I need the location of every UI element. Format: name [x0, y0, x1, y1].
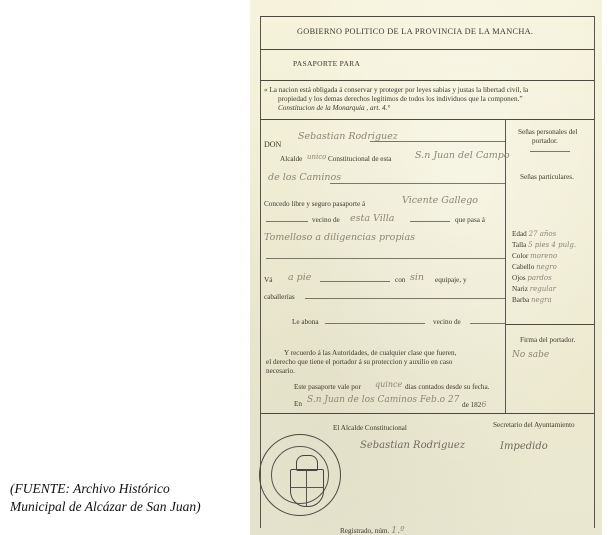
fill-line	[305, 298, 505, 299]
field-color: Color moreno	[512, 252, 557, 260]
secretario-label: Secretario del Ayuntamiento	[493, 421, 575, 429]
don-line: DON	[264, 134, 281, 152]
registro-value: 1.º	[391, 525, 405, 535]
field-ojos: Ojos pardos	[512, 274, 552, 282]
recuerdo-text-1: Y recuerdo á las Autoridades, de cualqui…	[284, 349, 456, 357]
field-label: Nariz	[512, 285, 528, 293]
field-value: negra	[531, 296, 552, 304]
va-label: Vá	[264, 276, 272, 284]
don-label: DON	[264, 140, 281, 149]
field-talla: Talla 5 pies 4 pulg.	[512, 241, 576, 249]
concedo-value: Vicente Gallego	[402, 195, 478, 206]
year-value: 6	[481, 400, 486, 409]
field-label: Color	[512, 252, 528, 260]
field-label: Barba	[512, 296, 529, 304]
firma-label: Firma del portador.	[520, 336, 575, 344]
senas-particulares: Señas particulares.	[520, 173, 574, 181]
header-title: GOBIERNO POLITICO DE LA PROVINCIA DE LA …	[297, 27, 533, 36]
rule	[260, 413, 594, 414]
column-divider	[505, 119, 506, 413]
side-title-line-1: Señas personales del	[518, 128, 577, 136]
field-value: 5 pies 4 pulg.	[528, 241, 576, 249]
field-label: Edad	[512, 230, 527, 238]
field-value: negro	[536, 263, 557, 271]
field-value: moreno	[530, 252, 557, 260]
fill-line	[330, 183, 505, 184]
alcalde-signature: Sebastian Rodriguez	[360, 440, 465, 451]
fill-line	[325, 323, 425, 324]
vecino-label: vecino de	[312, 216, 340, 224]
que-pasa-label: que pasa á	[455, 216, 485, 224]
constitution-quote-line-2: propiedad y los demas derechos legítimos…	[278, 95, 523, 103]
field-edad: Edad 27 años	[512, 230, 556, 238]
caption-line-1: (FUENTE: Archivo Histórico	[10, 480, 201, 498]
fill-line	[320, 281, 390, 282]
fill-line	[266, 258, 505, 259]
alcalde-mark: unico	[307, 153, 326, 161]
registro-label: Registrado, núm.	[340, 527, 389, 535]
le-abona-label: Le abona	[292, 318, 319, 326]
fill-line	[266, 221, 308, 222]
recuerdo-text-3: necesario.	[266, 367, 295, 375]
caballerias-label: caballerías	[264, 293, 295, 301]
fill-line	[410, 221, 450, 222]
field-label: Ojos	[512, 274, 526, 282]
coat-of-arms-shield-icon	[290, 469, 324, 507]
field-nariz: Nariz regular	[512, 285, 556, 293]
secretario-signature: Impedido	[500, 441, 548, 452]
fill-line	[530, 151, 570, 152]
rule	[260, 80, 594, 81]
place-value-2: de los Caminos	[268, 172, 341, 183]
official-seal	[259, 434, 341, 516]
field-value: pardos	[527, 274, 551, 282]
field-value: regular	[530, 285, 556, 293]
vecino-de-label-2: vecino de	[433, 318, 461, 326]
constitucional-label: Constitucional de esta	[328, 155, 391, 163]
concedo-label: Concedo libre y seguro pasaporte á	[264, 200, 365, 208]
en-value: S.n Juan de los Caminos Feb.o 27	[307, 395, 459, 405]
con-label: con	[395, 276, 405, 284]
registro-line: Registrado, núm. 1.º	[340, 525, 405, 535]
rule	[260, 119, 594, 120]
field-label: Cabello	[512, 263, 534, 271]
rule	[505, 324, 594, 325]
field-barba: Barba negra	[512, 296, 552, 304]
recuerdo-text-2: el derecho que tiene el portador á su pr…	[266, 358, 452, 366]
equipaje-label: equipaje, y	[435, 276, 467, 284]
year-label: de 1826	[462, 400, 486, 409]
constitution-quote-source: Constitucion de la Monarquía , art. 4.°	[278, 104, 390, 112]
destination-value: Tomelloso a diligencias propias	[264, 232, 415, 243]
side-title-line-2: portador.	[532, 137, 558, 145]
source-caption: (FUENTE: Archivo Histórico Municipal de …	[10, 480, 201, 516]
alcalde-constitucional-label: El Alcalde Constitucional	[333, 424, 407, 432]
seal-inner-ring	[271, 446, 329, 504]
firma-value: No sabe	[512, 350, 549, 360]
rule	[260, 16, 594, 17]
va-value: a pie	[288, 272, 311, 283]
vale-label-2: dias contados desde su fecha.	[405, 383, 489, 391]
field-cabello: Cabello negro	[512, 263, 557, 271]
caption-line-2: Municipal de Alcázar de San Juan)	[10, 498, 201, 516]
field-label: Talla	[512, 241, 526, 249]
vale-label-1: Este pasaporte vale por	[294, 383, 361, 391]
fill-line	[470, 323, 505, 324]
passport-subtitle: PASAPORTE PARA	[293, 59, 360, 68]
constitution-quote-line-1: « La nacion está obligada á conservar y …	[264, 86, 528, 94]
field-value: 27 años	[529, 230, 557, 238]
en-label: En	[294, 400, 302, 408]
vale-value: quince	[375, 380, 402, 389]
fill-line	[370, 141, 505, 142]
year-prefix: de 182	[462, 401, 481, 409]
alcalde-label: Alcalde	[280, 155, 302, 163]
place-value-1: S.n Juan del Campo	[415, 150, 510, 161]
vecino-value: esta Villa	[350, 213, 394, 224]
rule	[260, 49, 594, 50]
con-value: sin	[410, 272, 424, 283]
